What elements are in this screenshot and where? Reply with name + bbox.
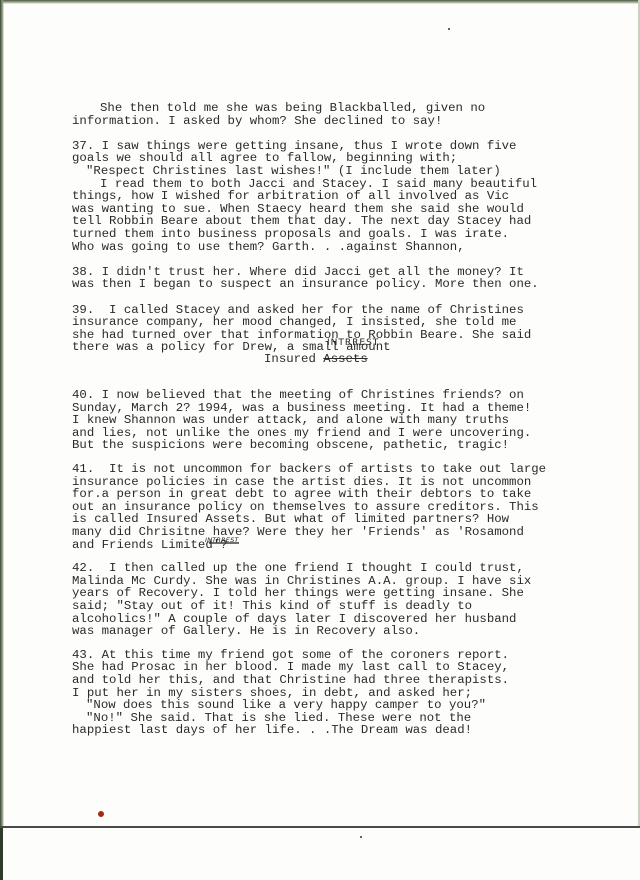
text-line: 40. I now believed that the meeting of C… bbox=[72, 389, 531, 402]
paragraph-p38: 38. I didn't trust her. Where did Jacci … bbox=[72, 266, 539, 291]
red-ink-mark bbox=[98, 811, 104, 817]
page-bottom-edge bbox=[0, 826, 640, 828]
handwritten-correction: INTRREST bbox=[327, 338, 379, 348]
text-line: for.a person in great debt to agree with… bbox=[72, 488, 546, 501]
text-line: many did Chrisitne have? Were they her '… bbox=[72, 526, 546, 539]
text-line: 41. It is not uncommon for backers of ar… bbox=[72, 463, 546, 476]
scan-speck bbox=[448, 28, 450, 30]
text-line: I knew Shannon was under attack, and alo… bbox=[72, 414, 531, 427]
paragraph-p43: 43. At this time my friend got some of t… bbox=[72, 649, 509, 737]
text-line: things, how I wished for arbitration of … bbox=[72, 190, 537, 203]
paragraph-p41: 41. It is not uncommon for backers of ar… bbox=[72, 463, 546, 551]
paragraph-p37: 37. I saw things were getting insane, th… bbox=[72, 140, 537, 253]
heading-struck-word: Assets bbox=[323, 352, 367, 366]
paragraph-intro: She then told me she was being Blackball… bbox=[72, 102, 485, 127]
document-body: She then told me she was being Blackball… bbox=[72, 0, 87, 38]
scan-speck bbox=[360, 836, 362, 838]
text-line: insurance company, her mood changed, I i… bbox=[72, 316, 531, 329]
scan-edge-left-lower bbox=[0, 828, 3, 880]
heading-word: Insured bbox=[264, 352, 316, 366]
section-heading: Insured Assets bbox=[264, 352, 368, 366]
text-line: and told her this, and that Christine ha… bbox=[72, 674, 509, 687]
paragraph-p39: 39. I called Stacey and asked her for th… bbox=[72, 304, 531, 354]
text-line: "Respect Christines last wishes!" (I inc… bbox=[72, 165, 537, 178]
text-line: information. I asked by whom? She declin… bbox=[72, 115, 485, 128]
text-line: was then I began to suspect an insurance… bbox=[72, 278, 539, 291]
text-line: She then told me she was being Blackball… bbox=[72, 102, 485, 115]
scan-edge-top bbox=[0, 0, 640, 4]
text-line: happiest last days of her life. . .The D… bbox=[72, 724, 509, 737]
text-line: turned them into business proposals and … bbox=[72, 228, 537, 241]
paragraph-p42: 42. I then called up the one friend I th… bbox=[72, 562, 531, 638]
text-line: 42. I then called up the one friend I th… bbox=[72, 562, 531, 575]
text-line: But the suspicions were becoming obscene… bbox=[72, 439, 531, 452]
text-line: was manager of Gallery. He is in Recover… bbox=[72, 625, 531, 638]
text-line: said; "Stay out of it! This kind of stuf… bbox=[72, 600, 531, 613]
text-line: Who was going to use them? Garth. . .aga… bbox=[72, 241, 537, 254]
scan-edge-left bbox=[0, 0, 4, 826]
text-line: "Now does this sound like a very happy c… bbox=[72, 699, 509, 712]
overprint-strike bbox=[209, 542, 239, 544]
text-line: and Friends Limited'? bbox=[72, 539, 546, 552]
paragraph-p40: 40. I now believed that the meeting of C… bbox=[72, 389, 531, 452]
